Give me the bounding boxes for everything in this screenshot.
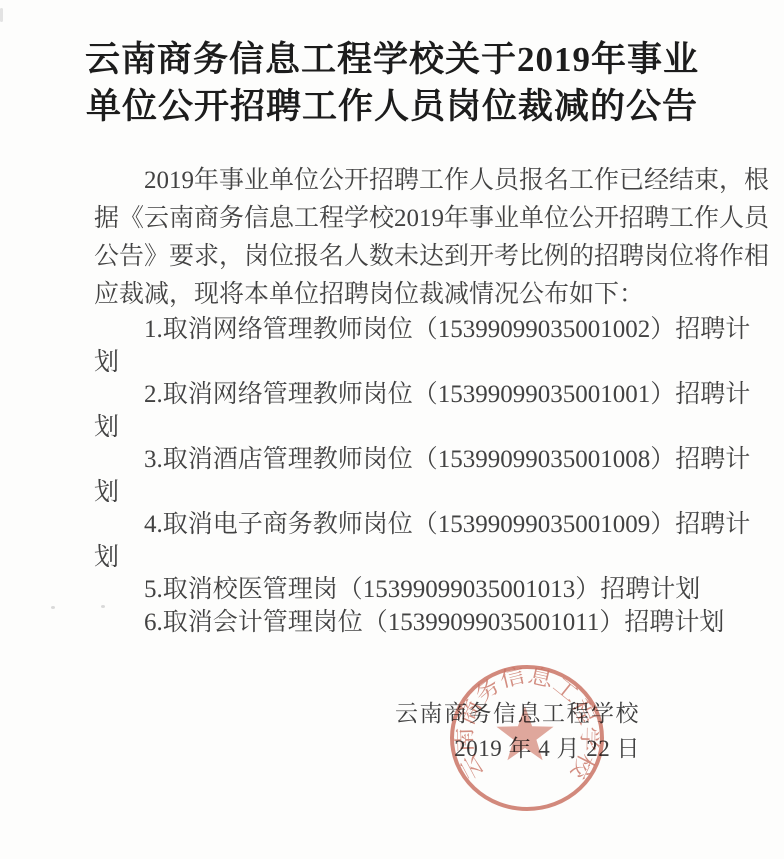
intro-line: 公告》要求，岗位报名人数未达到开考比例的招聘岗位将作相: [94, 238, 704, 276]
scan-speck: [51, 606, 55, 609]
list-item-5: 5.取消校医管理岗（15399099035001013）招聘计划: [94, 574, 704, 607]
intro-line: 应裁减，现将本单位招聘岗位裁减情况公布如下：: [94, 276, 704, 314]
list-item-2: 2.取消网络管理教师岗位（15399099035001001）招聘计: [94, 379, 704, 412]
intro-line: 据《云南商务信息工程学校2019年事业单位公开招聘工作人员: [94, 200, 704, 238]
list-item-3-cont: 划: [94, 477, 704, 510]
title-line-2: 单位公开招聘工作人员岗位裁减的公告: [0, 83, 784, 130]
list-item-6: 6.取消会计管理岗位（15399099035001011）招聘计划: [94, 607, 704, 640]
document-title: 云南商务信息工程学校关于2019年事业 单位公开招聘工作人员岗位裁减的公告: [0, 36, 784, 130]
title-line-1: 云南商务信息工程学校关于2019年事业: [0, 36, 784, 83]
list-item-3: 3.取消酒店管理教师岗位（15399099035001008）招聘计: [94, 444, 704, 477]
list-item-4: 4.取消电子商务教师岗位（15399099035001009）招聘计: [94, 509, 704, 542]
list-item-1-cont: 划: [94, 347, 704, 380]
star-icon: [497, 706, 554, 760]
scanned-announcement-document: 云南商务信息工程学校关于2019年事业 单位公开招聘工作人员岗位裁减的公告 20…: [0, 0, 784, 859]
list-item-1: 1.取消网络管理教师岗位（15399099035001002）招聘计: [94, 314, 704, 347]
list-item-4-cont: 划: [94, 542, 704, 575]
scan-speck: [0, 8, 3, 22]
intro-line: 2019年事业单位公开招聘工作人员报名工作已经结束，根: [94, 162, 704, 200]
official-seal-stamp: 云南商务信息工程学校: [447, 664, 607, 816]
list-item-2-cont: 划: [94, 412, 704, 445]
document-body: 2019年事业单位公开招聘工作人员报名工作已经结束，根 据《云南商务信息工程学校…: [94, 162, 704, 639]
scan-speck: [101, 605, 105, 608]
